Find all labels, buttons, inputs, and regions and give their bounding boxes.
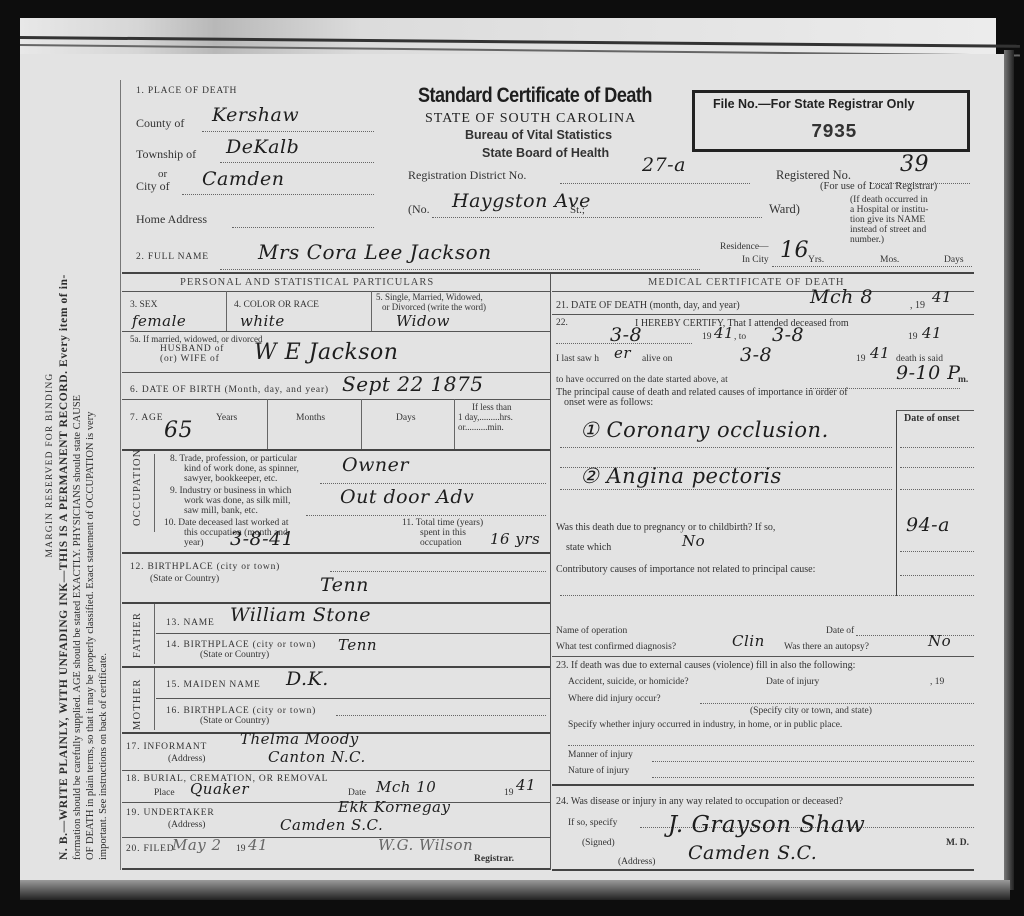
home-address-line: [232, 220, 374, 228]
test-label: What test confirmed diagnosis?: [556, 642, 676, 652]
cell-divider: [454, 399, 455, 449]
date-of-death-year[interactable]: 41: [932, 288, 952, 306]
attended-to-year[interactable]: 41: [922, 324, 942, 342]
birthplace-value[interactable]: Tenn: [320, 574, 369, 596]
date-of-death-year-prefix: , 19: [910, 300, 925, 311]
cell-divider: [154, 604, 155, 664]
injury-date-label: Date of injury: [766, 677, 819, 687]
sex-value[interactable]: female: [132, 312, 186, 330]
onset-line: [900, 488, 974, 490]
operation-date-label: Date of: [826, 626, 854, 636]
father-birthplace-value[interactable]: Tenn: [338, 636, 377, 654]
specify-label: If so, specify: [568, 818, 617, 828]
last-saw-year[interactable]: 41: [870, 344, 890, 362]
race-label: 4. COLOR OR RACE: [234, 300, 319, 310]
divider: [122, 802, 550, 803]
onset-line: [900, 466, 974, 468]
date-of-death-label: 21. DATE OF DEATH (month, day, and year): [556, 300, 740, 311]
registration-district-line: [560, 176, 750, 184]
trade-value[interactable]: Owner: [342, 454, 409, 476]
father-name-value[interactable]: William Stone: [230, 604, 371, 626]
burial-year-value[interactable]: 41: [516, 776, 536, 794]
father-name-label: 13. NAME: [166, 618, 215, 628]
attended-from-value[interactable]: 3-8: [610, 324, 642, 346]
test-value[interactable]: Clin: [732, 632, 765, 650]
occupation-vertical-label: OCCUPATION: [132, 448, 143, 526]
state-title: STATE OF SOUTH CAROLINA: [425, 111, 636, 127]
onset-code[interactable]: 94-a: [906, 514, 950, 536]
hospital-note: a Hospital or institu-: [850, 205, 928, 215]
margin-line: formation should be carefully supplied. …: [71, 70, 84, 860]
file-number-box: File No.—For State Registrar Only 7935: [692, 90, 970, 152]
marital-label: 5. Single, Married, Widowed,: [376, 292, 483, 302]
onset-line: [900, 550, 974, 552]
attended-to-value[interactable]: 3-8: [772, 324, 804, 346]
less-than-label: If less than: [472, 402, 512, 412]
undertaker-address-label: (Address): [168, 820, 205, 830]
cell-divider: [154, 454, 155, 532]
external-causes-label: 23. If death was due to external causes …: [556, 660, 855, 671]
mother-birthplace-line: [336, 708, 546, 716]
date-of-death-value[interactable]: Mch 8: [810, 286, 873, 308]
burial-place-value[interactable]: Quaker: [190, 780, 249, 798]
principal-cause-label: onset were as follows:: [564, 397, 653, 408]
paper-shadow: [20, 880, 1010, 900]
onset-line: [900, 574, 974, 576]
margin-reserved-label: MARGIN RESERVED FOR BINDING: [44, 70, 57, 860]
time-suffix: m.: [958, 375, 968, 385]
divider: [122, 552, 550, 554]
total-time-value[interactable]: 16 yrs: [490, 530, 540, 548]
divider: [122, 272, 974, 274]
onset-column-divider: [896, 410, 897, 596]
last-worked-label: year): [184, 538, 204, 548]
trade-label: sawyer, bookkeeper, etc.: [184, 474, 277, 484]
certify-number: 22.: [556, 318, 568, 328]
certify-text: I HEREBY CERTIFY, That I attended deceas…: [635, 318, 849, 329]
informant-name-value[interactable]: Thelma Moody: [240, 730, 359, 748]
occupation-related-label: 24. Was disease or injury in any way rel…: [556, 796, 843, 807]
margin-line: OF DEATH in plain terms, so that it may …: [84, 70, 97, 860]
margin-line: N. B.—WRITE PLAINLY, WITH UNFADING INK—T…: [58, 70, 71, 860]
nature-line: [652, 776, 974, 778]
trade-line: [320, 476, 546, 484]
file-number: 7935: [811, 121, 857, 143]
divider: [122, 291, 550, 292]
filed-year-prefix: 19: [236, 844, 246, 854]
age-label: 7. AGE: [130, 413, 163, 423]
cell-divider: [361, 399, 362, 449]
father-vertical-label: FATHER: [132, 612, 143, 658]
specify-city-label: (Specify city or town, and state): [750, 706, 872, 716]
informant-address-value[interactable]: Canton N.C.: [268, 748, 366, 766]
divider: [896, 410, 974, 411]
divider: [122, 666, 550, 668]
last-saw-date[interactable]: 3-8: [740, 344, 772, 366]
city-label: City of: [136, 179, 170, 194]
last-worked-value[interactable]: 3-8-41: [230, 528, 294, 550]
year-prefix: 19: [702, 332, 712, 342]
cell-divider: [226, 291, 227, 331]
burial-year-prefix: 19: [504, 788, 514, 798]
to-label: , to: [734, 332, 746, 342]
divider: [552, 869, 974, 871]
race-value[interactable]: white: [240, 312, 285, 330]
informant-address-label: (Address): [168, 754, 205, 764]
pregnancy-value[interactable]: No: [682, 532, 705, 550]
operation-date-line: [856, 634, 974, 636]
sex-label: 3. SEX: [130, 300, 157, 310]
registration-district-label: Registration District No.: [408, 168, 526, 183]
specify-place-label: Specify whether injury occurred in indus…: [568, 720, 842, 730]
last-saw-pronoun[interactable]: er: [614, 344, 631, 362]
township-label: Township of: [136, 147, 196, 162]
divider: [122, 372, 550, 373]
maiden-name-label: 15. MAIDEN NAME: [166, 680, 261, 690]
bureau-title: Bureau of Vital Statistics: [465, 128, 612, 142]
cell-divider: [267, 399, 268, 449]
county-value[interactable]: Kershaw: [212, 104, 299, 126]
birthplace-line: [330, 564, 546, 572]
filed-year-value[interactable]: 41: [248, 836, 268, 854]
divider: [156, 633, 550, 634]
pregnancy-label: Was this death due to pregnancy or to ch…: [556, 522, 775, 533]
divider: [122, 331, 550, 332]
mother-birthplace-label: (State or Country): [200, 716, 269, 726]
months-label: Months: [296, 413, 325, 423]
street-prefix: (No.: [408, 202, 430, 217]
paper-edge: [1004, 50, 1014, 890]
burial-date-value[interactable]: Mch 10: [376, 778, 436, 796]
autopsy-label: Was there an autopsy?: [784, 642, 869, 652]
spouse-value[interactable]: W E Jackson: [254, 340, 398, 365]
total-time-label: spent in this: [420, 528, 466, 538]
street-suffix: St.;: [570, 204, 585, 216]
industry-label: work was done, as silk mill,: [184, 496, 290, 506]
industry-label: 9. Industry or business in which: [170, 486, 291, 496]
registrar-label: Registrar.: [474, 854, 514, 864]
last-worked-label: 10. Date deceased last worked at: [164, 518, 289, 528]
residence-label: Residence—: [720, 242, 769, 252]
where-label: Where did injury occur?: [568, 694, 661, 704]
date-of-onset-header: Date of onset: [904, 413, 960, 424]
margin-instructions: MARGIN RESERVED FOR BINDING N. B.—WRITE …: [44, 70, 110, 860]
year-prefix: 19: [908, 332, 918, 342]
signed-label: (Signed): [582, 838, 615, 848]
margin-line: important. See instructions on back of c…: [97, 70, 110, 860]
undertaker-address-value[interactable]: Camden S.C.: [280, 816, 383, 834]
cell-divider: [154, 668, 155, 730]
cause-2[interactable]: ② Angina pectoris: [580, 464, 782, 488]
registration-district-value[interactable]: 27-a: [642, 154, 686, 176]
nature-label: Nature of injury: [568, 766, 629, 776]
divider: [552, 314, 974, 315]
dob-label: 6. DATE OF BIRTH (Month, day, and year): [130, 385, 329, 395]
accident-label: Accident, suicide, or homicide?: [568, 677, 689, 687]
physician-address-value[interactable]: Camden S.C.: [688, 842, 817, 864]
last-saw-label: I last saw h: [556, 354, 599, 364]
full-name-label: 2. FULL NAME: [136, 252, 209, 262]
birthplace-label: 12. BIRTHPLACE (city or town): [130, 562, 280, 572]
hospital-note: (If death occurred in: [850, 195, 928, 205]
mother-vertical-label: MOTHER: [132, 678, 143, 730]
physician-signature[interactable]: J. Grayson Shaw: [668, 812, 865, 838]
file-box-label: File No.—For State Registrar Only: [713, 97, 914, 111]
autopsy-value[interactable]: No: [928, 632, 951, 650]
manner-label: Manner of injury: [568, 750, 633, 760]
divider: [122, 868, 550, 870]
registrar-signature[interactable]: W.G. Wilson: [378, 836, 473, 854]
physician-address-label: (Address): [618, 857, 655, 867]
full-name-value[interactable]: Mrs Cora Lee Jackson: [258, 240, 492, 264]
certificate-title: Standard Certificate of Death: [418, 84, 652, 108]
undertaker-name-value[interactable]: Ekk Kornegay: [338, 798, 450, 816]
township-value[interactable]: DeKalb: [226, 136, 299, 158]
residence-years-value[interactable]: 16: [780, 238, 809, 263]
death-certificate-form: Standard Certificate of Death STATE OF S…: [120, 80, 980, 870]
cause-line: [560, 488, 892, 490]
occurred-label: to have occurred on the date started abo…: [556, 375, 728, 385]
mother-birthplace-label: 16. BIRTHPLACE (city or town): [166, 706, 316, 716]
pregnancy-label: state which: [566, 542, 611, 553]
operation-label: Name of operation: [556, 626, 627, 636]
place-of-death-label: 1. PLACE OF DEATH: [136, 86, 237, 96]
md-label: M. D.: [946, 838, 969, 848]
year-prefix: 19: [856, 354, 866, 364]
onset-line: [900, 446, 974, 448]
informant-label: 17. INFORMANT: [126, 742, 207, 752]
spouse-label: 5a. If married, widowed, or divorced: [130, 334, 262, 344]
cell-divider: [371, 291, 372, 331]
father-birthplace-label: 14. BIRTHPLACE (city or town): [166, 640, 316, 650]
ward-label: Ward): [769, 202, 800, 217]
in-city-label: In City: [742, 255, 769, 265]
contributory-line: [560, 594, 974, 596]
contributory-label: Contributory causes of importance not re…: [556, 564, 815, 575]
less-than-label: 1 day,.........hrs.: [458, 412, 513, 422]
divider: [122, 399, 550, 400]
cause-line: [560, 446, 892, 448]
city-value[interactable]: Camden: [202, 168, 285, 190]
form-border: [120, 80, 121, 870]
maiden-name-value[interactable]: D.K.: [286, 668, 329, 690]
divider: [552, 291, 974, 292]
hospital-note: number.): [850, 235, 884, 245]
divider: [122, 770, 550, 771]
marital-label: or Divorced (write the word): [382, 302, 486, 312]
spouse-label: (or) WIFE of: [160, 354, 220, 364]
divider: [552, 656, 974, 657]
less-than-label: or..........min.: [458, 422, 504, 432]
registered-no-value[interactable]: 39: [900, 152, 929, 177]
trade-label: kind of work done, as spinner,: [184, 464, 299, 474]
hospital-note: tion give its NAME: [850, 215, 925, 225]
injury-year-prefix: , 19: [930, 677, 944, 687]
board-title: State Board of Health: [482, 146, 609, 160]
divider: [552, 784, 974, 786]
column-divider: [550, 274, 551, 870]
personal-section-header: PERSONAL AND STATISTICAL PARTICULARS: [180, 277, 434, 288]
county-label: County of: [136, 116, 184, 131]
industry-label: saw mill, bank, etc.: [184, 506, 258, 516]
industry-value[interactable]: Out door Adv: [340, 486, 474, 508]
burial-date-label: Date: [348, 788, 366, 798]
time-value[interactable]: 9-10 P: [896, 362, 961, 384]
alive-on-label: alive on: [642, 354, 672, 364]
place-line: [568, 744, 974, 746]
father-birthplace-label: (State or Country): [200, 650, 269, 660]
filed-label: 20. FILED: [126, 844, 174, 854]
mos-label: Mos.: [880, 255, 899, 265]
local-registrar-note: (For use of Local Registrar): [820, 181, 937, 192]
where-line: [700, 702, 974, 704]
trade-label: 8. Trade, profession, or particular: [170, 454, 297, 464]
age-value[interactable]: 65: [164, 418, 193, 443]
cause-1[interactable]: ① Coronary occlusion.: [580, 418, 829, 442]
burial-place-label: Place: [154, 788, 175, 798]
hospital-note: instead of street and: [850, 225, 926, 235]
undertaker-label: 19. UNDERTAKER: [126, 808, 215, 818]
home-address-label: Home Address: [136, 212, 207, 227]
years-label: Years: [216, 413, 237, 423]
divider: [122, 449, 550, 451]
manner-line: [652, 760, 974, 762]
days-label: Days: [944, 255, 964, 265]
birthplace-label: (State or Country): [150, 574, 219, 584]
total-time-label: 11. Total time (years): [402, 518, 483, 528]
spouse-label: HUSBAND of: [160, 344, 224, 354]
filed-date-value[interactable]: May 2: [172, 836, 222, 854]
total-time-label: occupation: [420, 538, 462, 548]
dob-value[interactable]: Sept 22 1875: [342, 372, 483, 396]
industry-line: [306, 508, 546, 516]
days-label: Days: [396, 413, 416, 423]
attended-from-year[interactable]: 41: [714, 324, 734, 342]
divider: [156, 698, 550, 699]
yrs-label: Yrs.: [808, 255, 824, 265]
marital-value[interactable]: Widow: [396, 312, 450, 330]
